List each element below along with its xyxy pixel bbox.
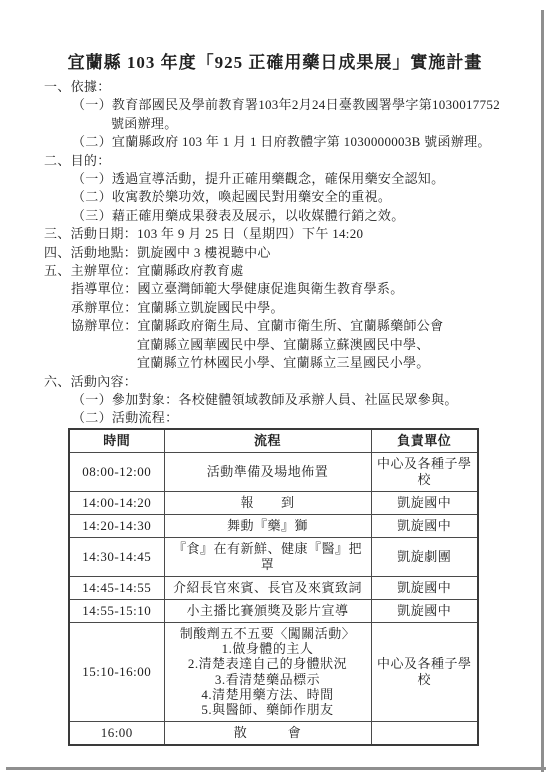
schedule-program-cell: 『食』在有新鮮、健康『醫』把罩	[164, 537, 371, 576]
document-title: 宜蘭縣 103 年度「925 正確用藥日成果展」實施計畫	[44, 52, 506, 74]
doc-line-18: （二）活動流程：	[72, 409, 506, 427]
doc-line-16: 六、活動內容：	[44, 373, 506, 391]
schedule-row-7: 16:00散 會	[69, 721, 478, 745]
schedule-row-1: 14:00-14:20報 到凱旋國中	[69, 491, 478, 514]
schedule-program-cell: 散 會	[164, 721, 371, 745]
doc-line-14: 宜蘭縣立國華國民中學、宜蘭縣立蘇澳國民中學、	[137, 336, 506, 354]
schedule-row-2: 14:20-14:30舞動『藥』獅凱旋國中	[69, 514, 478, 537]
schedule-unit-cell: 中心及各種子學校	[371, 622, 478, 721]
doc-line-3: （二）宜蘭縣政府 103 年 1 月 1 日府教體字第 1030000003B …	[72, 133, 506, 151]
program-sub-line: 2.清楚表達自己的身體狀況	[169, 656, 367, 671]
schedule-unit-cell: 凱旋國中	[371, 599, 478, 622]
schedule-table: 時間流程負責單位 08:00-12:00活動準備及場地佈置中心及各種子學校14:…	[68, 428, 479, 746]
doc-line-9: 四、活動地點：凱旋國中 3 樓視聽中心	[44, 244, 506, 262]
document-content: 宜蘭縣 103 年度「925 正確用藥日成果展」實施計畫 一、依據：（一）教育部…	[44, 52, 506, 746]
doc-line-4: 二、目的：	[44, 152, 506, 170]
doc-line-15: 宜蘭縣立竹林國民小學、宜蘭縣立三星國民小學。	[137, 354, 506, 372]
schedule-unit-cell	[371, 721, 478, 745]
page-edge-right	[541, 10, 544, 772]
schedule-program-cell: 制酸劑五不五要〈闖關活動〉1.做身體的主人2.清楚表達自己的身體狀況3.看清楚藥…	[164, 622, 371, 721]
schedule-header-1: 流程	[164, 429, 371, 453]
schedule-time-cell: 14:20-14:30	[69, 514, 164, 537]
schedule-header-row: 時間流程負責單位	[69, 429, 478, 453]
schedule-time-cell: 14:45-14:55	[69, 576, 164, 599]
doc-line-6: （二）收寓教於樂功效，喚起國民對用藥安全的重視。	[72, 188, 506, 206]
doc-line-7: （三）藉正確用藥成果發表及展示，以收媒體行銷之效。	[72, 207, 506, 225]
program-sub-line: 3.看清楚藥品標示	[169, 672, 367, 687]
program-sub-line: 5.與醫師、藥師作朋友	[169, 702, 367, 717]
schedule-unit-cell: 凱旋國中	[371, 491, 478, 514]
schedule-program-cell: 活動準備及場地佈置	[164, 452, 371, 491]
doc-line-5: （一）透過宣導活動，提升正確用藥觀念，確保用藥安全認知。	[72, 170, 506, 188]
schedule-time-cell: 14:30-14:45	[69, 537, 164, 576]
program-sub-line: 1.做身體的主人	[169, 641, 367, 656]
program-sub-line: 4.清楚用藥方法、時間	[169, 687, 367, 702]
doc-line-11: 指導單位：國立臺灣師範大學健康促進與衛生教育學系。	[71, 280, 506, 298]
schedule-header-0: 時間	[69, 429, 164, 453]
program-sub-line: 制酸劑五不五要〈闖關活動〉	[169, 626, 367, 641]
schedule-program-cell: 報 到	[164, 491, 371, 514]
schedule-program-cell: 介紹長官來賓、長官及來賓致詞	[164, 576, 371, 599]
schedule-program-cell: 小主播比賽頒獎及影片宣導	[164, 599, 371, 622]
document-lines: 一、依據：（一）教育部國民及學前教育署103年2月24日臺教國署學字第10300…	[44, 78, 506, 428]
schedule-time-cell: 16:00	[69, 721, 164, 745]
schedule-program-cell: 舞動『藥』獅	[164, 514, 371, 537]
schedule-row-3: 14:30-14:45『食』在有新鮮、健康『醫』把罩凱旋劇團	[69, 537, 478, 576]
doc-line-0: 一、依據：	[44, 78, 506, 96]
doc-line-13: 協辦單位：宜蘭縣政府衛生局、宜蘭市衛生所、宜蘭縣藥師公會	[71, 317, 506, 335]
page-edge-bottom	[6, 767, 546, 770]
document-page: 宜蘭縣 103 年度「925 正確用藥日成果展」實施計畫 一、依據：（一）教育部…	[0, 0, 547, 772]
schedule-time-cell: 15:10-16:00	[69, 622, 164, 721]
schedule-unit-cell: 凱旋國中	[371, 576, 478, 599]
schedule-unit-cell: 凱旋國中	[371, 514, 478, 537]
doc-line-1: （一）教育部國民及學前教育署103年2月24日臺教國署學字第1030017752	[72, 96, 506, 114]
doc-line-10: 五、主辦單位：宜蘭縣政府教育處	[44, 262, 506, 280]
schedule-time-cell: 14:55-15:10	[69, 599, 164, 622]
schedule-unit-cell: 中心及各種子學校	[371, 452, 478, 491]
doc-line-8: 三、活動日期：103 年 9 月 25 日（星期四）下午 14:20	[44, 225, 506, 243]
schedule-time-cell: 08:00-12:00	[69, 452, 164, 491]
schedule-row-0: 08:00-12:00活動準備及場地佈置中心及各種子學校	[69, 452, 478, 491]
schedule-row-6: 15:10-16:00制酸劑五不五要〈闖關活動〉1.做身體的主人2.清楚表達自己…	[69, 622, 478, 721]
schedule-time-cell: 14:00-14:20	[69, 491, 164, 514]
doc-line-2: 號函辦理。	[111, 115, 506, 133]
schedule-row-4: 14:45-14:55介紹長官來賓、長官及來賓致詞凱旋國中	[69, 576, 478, 599]
schedule-row-5: 14:55-15:10小主播比賽頒獎及影片宣導凱旋國中	[69, 599, 478, 622]
schedule-unit-cell: 凱旋劇團	[371, 537, 478, 576]
schedule-body: 08:00-12:00活動準備及場地佈置中心及各種子學校14:00-14:20報…	[69, 452, 478, 744]
doc-line-17: （一）參加對象：各校健體領域教師及承辦人員、社區民眾參與。	[72, 391, 506, 409]
schedule-header-2: 負責單位	[371, 429, 478, 453]
doc-line-12: 承辦單位：宜蘭縣立凱旋國民中學。	[71, 299, 506, 317]
